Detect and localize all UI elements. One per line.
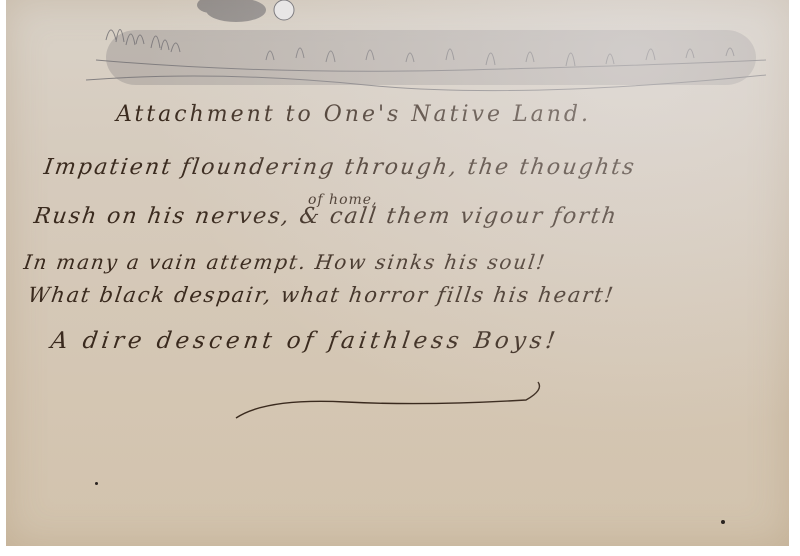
verse-line-4: What black despair, what horror fills hi… [26,283,616,307]
verse-line-2: Rush on his nerves, & call them vigour f… [32,204,619,229]
pencil-sketch [66,0,786,110]
manuscript-page: Attachment to One's Native Land. Impatie… [6,0,789,546]
document-title: Attachment to One's Native Land. [116,102,591,127]
interlinear-insertion: of home, [308,192,378,208]
ink-spot [95,482,98,485]
ink-spot [721,520,725,524]
verse-line-3: In many a vain attempt. How sinks his so… [22,250,548,274]
verse-line-5: A dire descent of faithless Boys! [49,328,561,354]
decorative-flourish [226,380,546,420]
verse-line-1: Impatient floundering through, the thoug… [42,155,637,180]
